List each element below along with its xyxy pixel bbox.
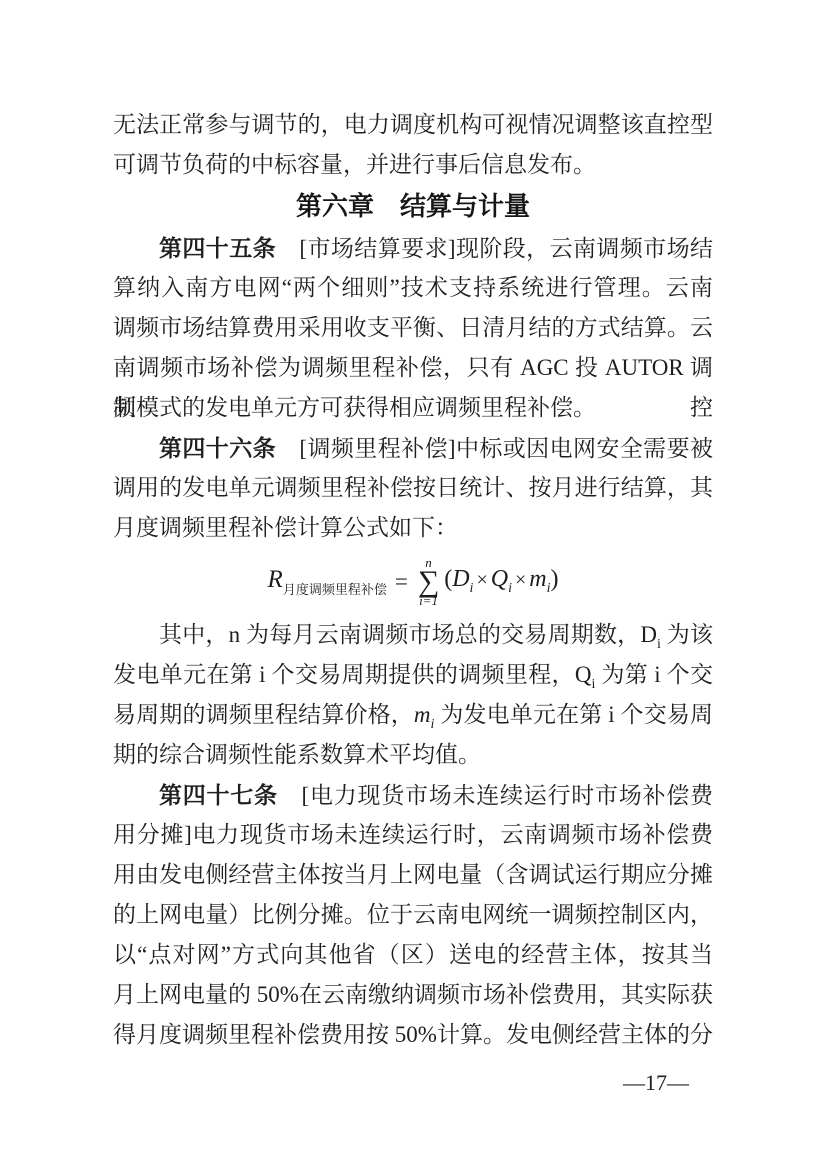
document-page: 无法正常参与调节的，电力调度机构可视情况调整该直控型可调节负荷的中标容量，并进行… xyxy=(0,0,827,1170)
text-line: 第四十七条 [电力现货市场未连续运行时市场补偿费 xyxy=(113,775,713,815)
text-line: 算纳入南方电网“两个细则”技术支持系统进行管理。云南 xyxy=(113,268,713,308)
text-segment: [调频里程补偿]中标或因电网安全需要被 xyxy=(276,436,713,461)
text-segment: 月上网电量的 50%在云南缴纳调频市场补偿费用，其实际获 xyxy=(113,982,713,1007)
text-segment: ) xyxy=(550,566,558,592)
text-segment: D xyxy=(452,566,469,592)
text-line: 无法正常参与调节的，电力调度机构可视情况调整该直控型 xyxy=(113,105,713,145)
text-line: 用分摊]电力现货市场未连续运行时，云南调频市场补偿费 xyxy=(113,815,713,855)
text-line: 可调节负荷的中标容量，并进行事后信息发布。 xyxy=(113,145,713,185)
text-line: 得月度调频里程补偿费用按 50%计算。发电侧经营主体的分 xyxy=(113,1015,713,1055)
text-segment: m xyxy=(414,702,431,727)
sigma-icon: ∑ xyxy=(418,569,439,595)
text-segment: 调用的发电单元调频里程补偿按日统计、按月进行结算，其 xyxy=(113,475,713,500)
text-segment: 月度调频里程补偿计算公式如下： xyxy=(113,515,458,540)
sum-lower-limit: i=1 xyxy=(419,594,438,607)
text-line: 易周期的调频里程结算价格，mi 为发电单元在第 i 个交易周 xyxy=(113,695,713,735)
formula-lhs: R月度调频里程补偿 xyxy=(268,566,387,598)
text-segment: 其中，n 为每月云南调频市场总的交易周期数，D xyxy=(159,622,657,647)
text-line: 的上网电量）比例分摊。位于云南电网统一调频控制区内， xyxy=(113,895,713,935)
text-segment: m xyxy=(529,566,546,592)
text-segment: 调频市场结算费用采用收支平衡、日清月结的方式结算。云 xyxy=(113,315,713,340)
text-segment: Q xyxy=(491,566,508,592)
page-number: —17— xyxy=(623,1070,689,1096)
document-body: 无法正常参与调节的，电力调度机构可视情况调整该直控型可调节负荷的中标容量，并进行… xyxy=(113,105,713,1055)
text-line: 月上网电量的 50%在云南缴纳调频市场补偿费用，其实际获 xyxy=(113,975,713,1015)
text-segment: 用分摊]电力现货市场未连续运行时，云南调频市场补偿费 xyxy=(113,822,713,847)
text-line: 南调频市场补偿为调频里程补偿，只有 AGC 投 AUTOR 调频控 xyxy=(113,348,713,388)
text-segment: 无法正常参与调节的，电力调度机构可视情况调整该直控型 xyxy=(113,112,713,137)
text-line: 期的综合调频性能系数算术平均值。 xyxy=(113,735,713,775)
formula-lhs-subscript: 月度调频里程补偿 xyxy=(283,582,387,597)
text-segment: 制模式的发电单元方可获得相应调频里程补偿。 xyxy=(113,395,596,420)
text-segment: 为第 i 个交 xyxy=(595,662,713,687)
text-segment: i xyxy=(508,581,512,596)
equals-sign: = xyxy=(395,569,408,595)
text-segment: 期的综合调频性能系数算术平均值。 xyxy=(113,742,481,767)
text-line: 第四十五条 [市场结算要求]现阶段，云南调频市场结 xyxy=(113,228,713,268)
text-segment: 可调节负荷的中标容量，并进行事后信息发布。 xyxy=(113,152,596,177)
text-line: 以“点对网”方式向其他省（区）送电的经营主体，按其当 xyxy=(113,935,713,975)
text-line: 调用的发电单元调频里程补偿按日统计、按月进行结算，其 xyxy=(113,468,713,508)
article-number: 第四十五条 xyxy=(159,235,276,261)
text-segment: 易周期的调频里程结算价格， xyxy=(113,702,414,727)
text-segment: [市场结算要求]现阶段，云南调频市场结 xyxy=(276,236,713,261)
text-segment: 以“点对网”方式向其他省（区）送电的经营主体，按其当 xyxy=(113,942,713,967)
text-segment: [电力现货市场未连续运行时市场补偿费 xyxy=(278,783,713,808)
text-segment: 算纳入南方电网“两个细则”技术支持系统进行管理。云南 xyxy=(113,275,713,300)
article-number: 第四十七条 xyxy=(159,782,278,808)
text-segment: 的上网电量）比例分摊。位于云南电网统一调频控制区内， xyxy=(113,902,713,927)
text-line: 月度调频里程补偿计算公式如下： xyxy=(113,508,713,548)
formula-rhs: (Di×Qi×mi) xyxy=(444,566,558,597)
text-line: 第四十六条 [调频里程补偿]中标或因电网安全需要被 xyxy=(113,428,713,468)
text-segment: 用由发电侧经营主体按当月上网电量（含调试运行期应分摊 xyxy=(113,862,713,887)
text-segment: × xyxy=(515,569,526,591)
compensation-formula: R月度调频里程补偿=n∑i=1(Di×Qi×mi) xyxy=(113,548,713,615)
text-segment: 为该 xyxy=(661,622,713,647)
summation-symbol: n∑i=1 xyxy=(418,556,439,608)
text-line: 其中，n 为每月云南调频市场总的交易周期数，Di 为该 xyxy=(113,615,713,655)
article-number: 第四十六条 xyxy=(159,435,276,461)
text-line: 发电单元在第 i 个交易周期提供的调频里程，Qi 为第 i 个交 xyxy=(113,655,713,695)
text-segment: i xyxy=(470,581,474,596)
text-segment: 为发电单元在第 i 个交易周 xyxy=(434,702,713,727)
text-segment: ( xyxy=(444,566,452,592)
text-segment: 发电单元在第 i 个交易周期提供的调频里程，Q xyxy=(113,662,591,687)
text-segment: 得月度调频里程补偿费用按 50%计算。发电侧经营主体的分 xyxy=(113,1022,713,1047)
text-segment: × xyxy=(476,569,487,591)
chapter-heading: 第六章 结算与计量 xyxy=(113,185,713,228)
formula-lhs-symbol: R xyxy=(268,566,283,593)
text-line: 调频市场结算费用采用收支平衡、日清月结的方式结算。云 xyxy=(113,308,713,348)
text-line: 用由发电侧经营主体按当月上网电量（含调试运行期应分摊 xyxy=(113,855,713,895)
